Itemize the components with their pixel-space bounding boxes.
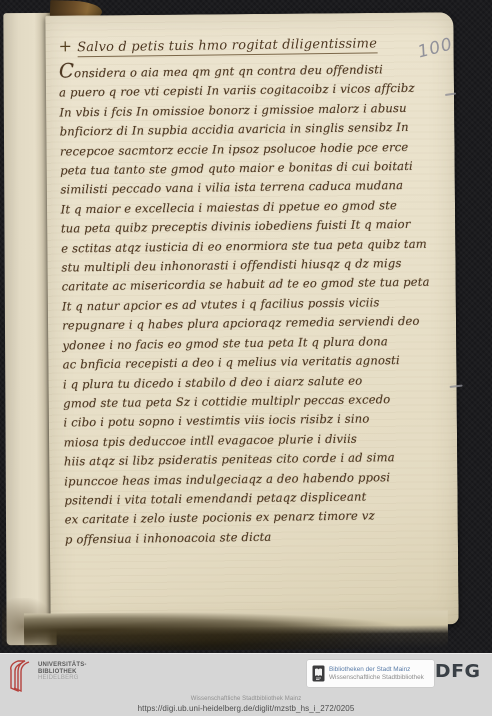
cross-mark-icon: + [58,36,72,55]
ub-heidelberg-logo-icon [8,658,34,694]
mainz-library-badge: Bibliotheken der Stadt Mainz Wissenschaf… [307,660,434,687]
ub-heidelberg-logo-text: UNIVERSITÄTS- BIBLIOTHEK HEIDELBERG [38,662,87,682]
dfg-logo: DFG [435,661,481,682]
manuscript-line: p offensiua i inhonoacoia ste dicta [65,525,447,549]
manuscript-text-block: +Salvo d petis tuis hmo rogitat diligent… [58,32,447,550]
mainz-book-icon [312,665,325,682]
footer-bar: UNIVERSITÄTS- BIBLIOTHEK HEIDELBERG Bibl… [0,653,492,716]
footer-caption: Wissenschaftliche Stadtbibliothek Mainz [0,696,492,702]
manuscript-photo: +Salvo d petis tuis hmo rogitat diligent… [0,0,492,653]
page-stack-bottom-edge [24,611,448,652]
digitized-manuscript-view: +Salvo d petis tuis hmo rogitat diligent… [0,0,492,716]
footer-source-url: https://digi.ub.uni-heidelberg.de/diglit… [0,704,492,713]
mainz-badge-text: Bibliotheken der Stadt Mainz Wissenschaf… [329,666,424,682]
pencil-mark [445,92,456,96]
ub-line1: UNIVERSITÄTS- [38,662,87,669]
ub-line3: HEIDELBERG [38,675,87,682]
manuscript-title-line: +Salvo d petis tuis hmo rogitat diligent… [58,32,440,56]
mainz-line1: Bibliotheken der Stadt Mainz [329,666,424,674]
mainz-line2: Wissenschaftliche Stadtbibliothek [329,674,424,682]
ub-heidelberg-logo: UNIVERSITÄTS- BIBLIOTHEK HEIDELBERG [8,658,87,694]
manuscript-title-text: Salvo d petis tuis hmo rogitat diligenti… [77,36,377,57]
pencil-mark [450,384,463,387]
recto-page: +Salvo d petis tuis hmo rogitat diligent… [45,12,458,628]
